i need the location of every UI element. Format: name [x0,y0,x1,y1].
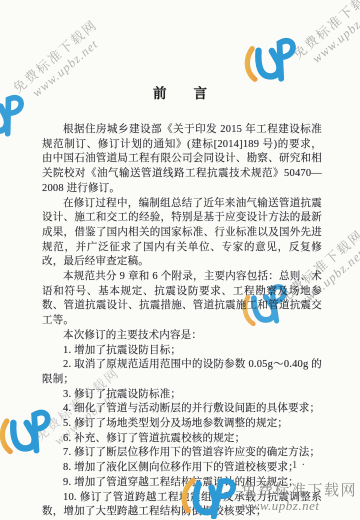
watermark-text-top-right: 免费标准下载网 www.upbz.net [291,0,360,74]
footer-site-url: www.upbz.net [241,499,357,513]
list-item: 7. 修订了断层位移作用下的管道容许应变的确定方法； [42,446,322,461]
list-item: 4. 细化了管道与活动断层的并行敷设间距的具体要求； [42,402,322,417]
list-item: 6. 补充、修订了管道抗震校核的规定； [42,432,322,447]
document-body: 根据住房城乡建设部《关于印发 2015 年工程建设标准规范制订、修订计划的通知》… [42,123,322,520]
up-logo-icon [179,477,237,519]
page-number: · 1 · [284,460,306,471]
paragraph: 根据住房城乡建设部《关于印发 2015 年工程建设标准规范制订、修订计划的通知》… [42,123,322,197]
footer-site-name: 免费标准下载网 [241,483,357,499]
list-item: 8. 增加了液化区侧向位移作用下的管道校核要求； [42,461,322,476]
list-item: 2. 取消了原规范适用范围中的设防参数 0.05g～0.40g 的限制； [42,358,322,387]
list-item: 5. 修订了场地类型划分及场地参数调整的规定； [42,417,322,432]
page-title: 前 言 [0,82,360,102]
paragraph: 本次修订的主要技术内容是： [42,329,322,344]
paragraph: 在修订过程中，编制组总结了近年来油气输送管道抗震设计、施工和交工的经验，特别是基… [42,197,322,271]
paragraph: 本规范共分 9 章和 6 个附录，主要内容包括：总则、术语和符号、基本规定、抗震… [42,270,322,329]
list-item: 1. 增加了抗震设防目标； [42,344,322,359]
footer-brand: 免费标准下载网 www.upbz.net [179,477,357,519]
list-item: 3. 修订了抗震设防标准； [42,388,322,403]
scanned-document-page: 免费标准下载网 www.upbz.net 免费标准下载网 www.upbz.ne… [0,0,360,520]
